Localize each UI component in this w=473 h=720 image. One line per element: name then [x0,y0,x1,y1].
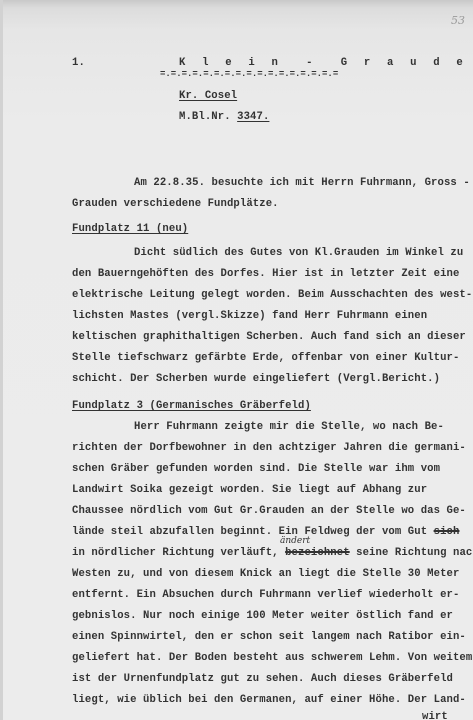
body-line: schen Gräber gefunden worden sind. Die S… [72,463,440,475]
struck-word: sich [434,526,460,538]
page-number: 53 [451,14,465,27]
body-line-text: lände steil abzufallen beginnt. Ein Feld… [72,526,434,538]
intro-line: Grauden verschiedene Fundplätze. [72,198,279,210]
item-number: 1. [72,57,85,69]
body-line: keltischen graphithaltigen Scherben. Auc… [72,331,466,343]
page-edge [0,0,3,720]
section-heading-fundplatz-11: Fundplatz 11 (neu) [72,223,188,235]
body-line: Herr Fuhrmann zeigte mir die Stelle, wo … [134,421,444,433]
body-line: gebnislos. Nur noch einige 100 Meter wei… [72,610,453,622]
body-line-text: in nördlicher Richtung verläuft, [72,547,285,559]
body-line: entfernt. Ein Absuchen durch Fuhrmann ve… [72,589,459,601]
intro-line: Am 22.8.35. besuchte ich mit Herrn Fuhrm… [134,177,470,189]
body-line: Landwirt Soika gezeigt worden. Sie liegt… [72,484,427,496]
body-line: Dicht südlich des Gutes von Kl.Grauden i… [134,247,463,259]
body-line: richten der Dorfbewohner in den achtzige… [72,442,466,454]
body-line: elektrische Leitung gelegt worden. Beim … [72,289,472,301]
body-line: lichsten Mastes (vergl.Skizze) fand Herr… [72,310,427,322]
title-underline: =.=.=.=.=.=.=.=.=.=.=.=.=.=.=.=.= [160,68,338,80]
sheet-label: M.Bl.Nr. [179,111,237,123]
handwritten-insert: ändert [280,536,310,546]
body-line: lände steil abzufallen beginnt. Ein Feld… [72,526,459,538]
body-line: ist der Urnenfundplatz gut zu sehen. Auc… [72,673,453,685]
body-line: Chaussee nördlich vom Gut Gr.Grauden an … [72,505,466,517]
sheet-number: 3347. [237,111,269,123]
body-line: liegt, wie üblich bei den Germanen, auf … [72,694,466,706]
sheet-number-line: M.Bl.Nr. 3347. [179,111,269,123]
body-line: den Bauerngehöften des Dorfes. Hier ist … [72,268,459,280]
body-line: Westen zu, und von diesem Knick an liegt… [72,568,459,580]
struck-word: bezeichnet [285,547,350,559]
section-heading-fundplatz-3: Fundplatz 3 (Germanisches Gräberfeld) [72,400,311,412]
body-line: geliefert hat. Der Boden besteht aus sch… [72,652,472,664]
district-label: Kr. Cosel [179,90,237,102]
body-line-text: seine Richtung nach [350,547,473,559]
body-line: in nördlicher Richtung verläuft, bezeich… [72,547,473,559]
body-line: schicht. Der Scherben wurde eingeliefert… [72,373,440,385]
catchword: wirt [422,711,448,720]
body-line: einen Spinnwirtel, den er schon seit lan… [72,631,466,643]
body-line: Stelle tiefschwarz gefärbte Erde, offenb… [72,352,459,364]
